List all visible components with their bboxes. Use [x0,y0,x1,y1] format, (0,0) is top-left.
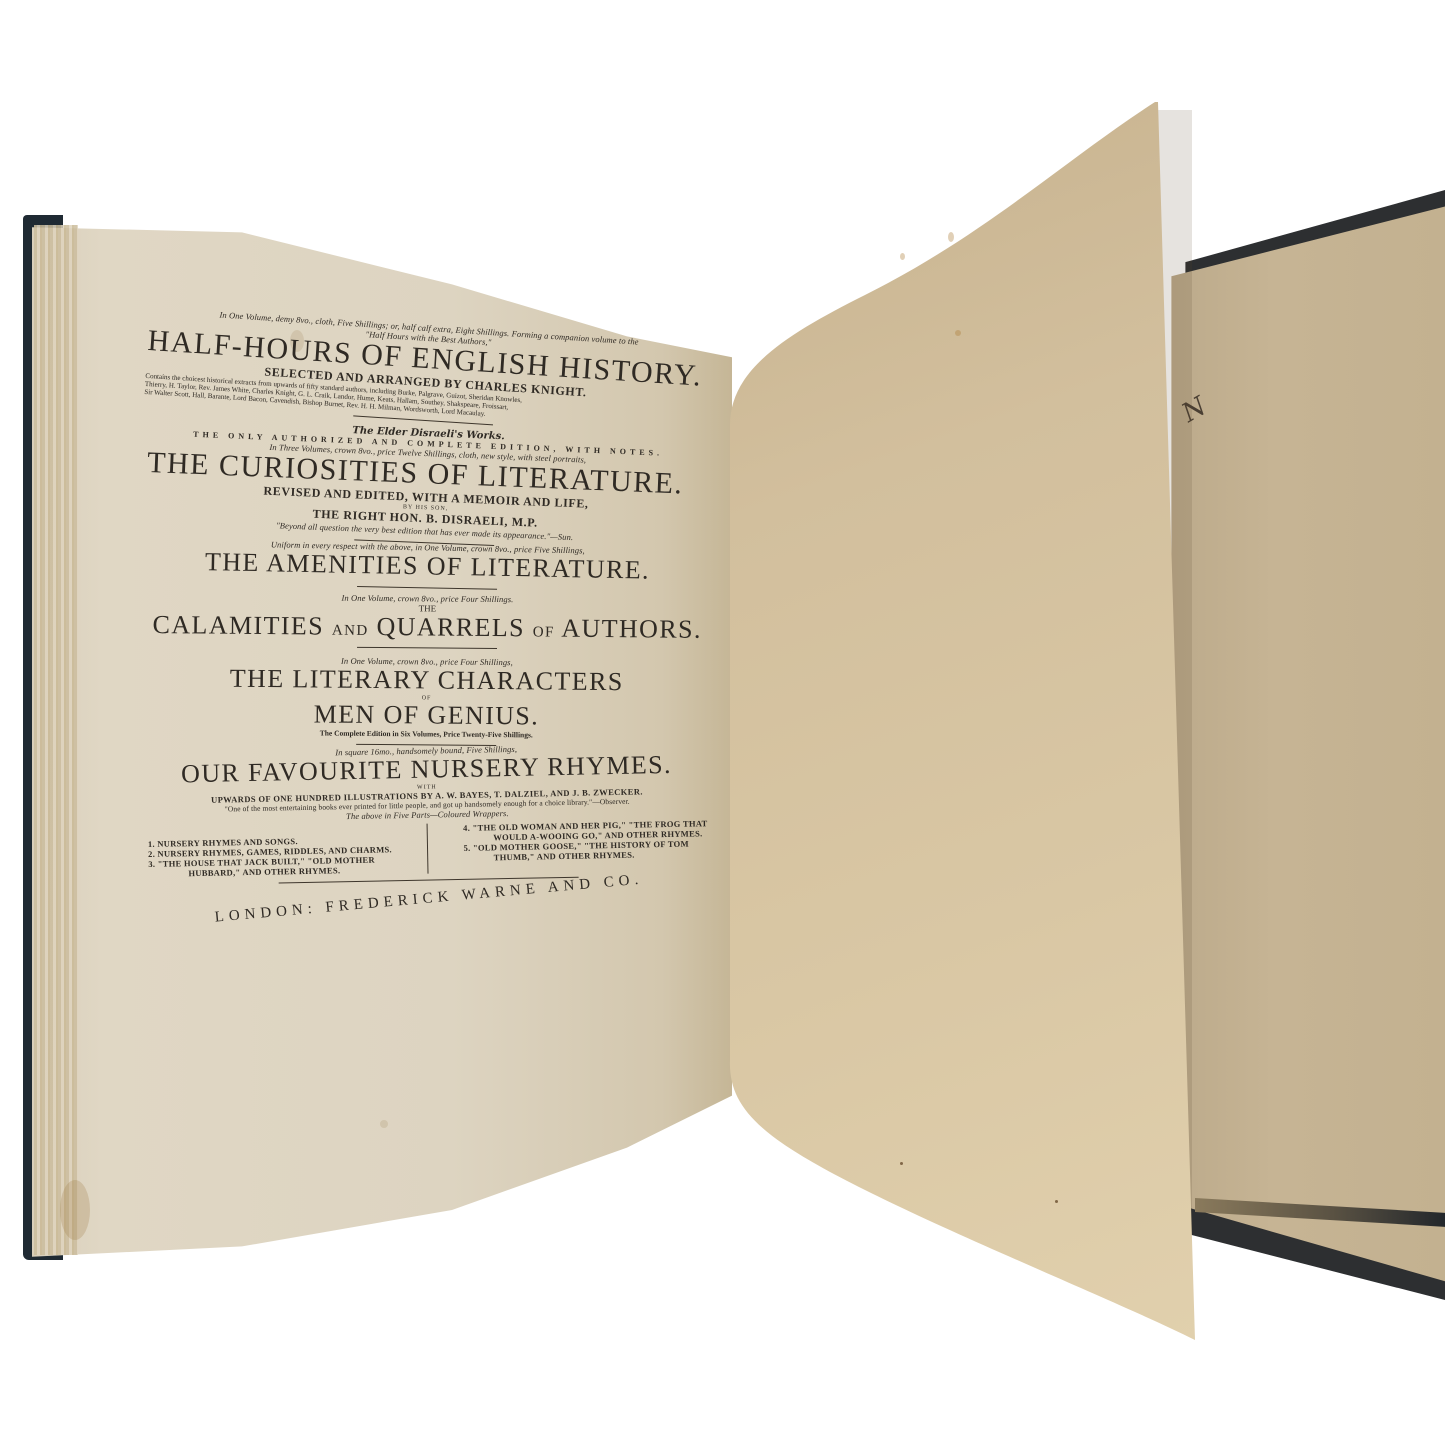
printed-text-block: In One Volume, demy 8vo., cloth, Five Sh… [145,305,710,918]
title-word: CALAMITIES [152,610,324,640]
foxing-stain [60,1180,90,1240]
book-photo: N In One Volume, demy 8vo., cloth, Five … [0,0,1445,1445]
parts-list-right: 4. "THE OLD WOMAN AND HER PIG," "THE FRO… [463,818,708,873]
blank-flyleaf [725,100,1200,1345]
divider-rule [357,647,497,649]
foxing-stain [380,1120,388,1128]
foxing-spot [900,253,905,260]
parts-list-left: 1. NURSERY RHYMES AND SONGS. 2. NURSERY … [148,824,393,879]
title-word: OF [533,624,555,640]
parts-column-divider [427,824,429,874]
ad-literary-characters: In One Volume, crown 8vo., price Four Sh… [146,654,707,748]
parts-list: 1. NURSERY RHYMES AND SONGS. 2. NURSERY … [148,818,709,879]
divider-rule [357,586,497,590]
title-word: AND [332,622,369,638]
title-word: AUTHORS. [561,613,702,643]
back-pastedown [1160,200,1445,1290]
ad-nursery-rhymes: In square 16mo., handsomely bound, Five … [146,741,709,913]
page-edges [34,225,78,1255]
book-title: THE LITERARY CHARACTERS [147,664,707,697]
ad-curiosities: The Elder Disraeli's Works. THE ONLY AUT… [144,416,708,553]
foxing-spot [948,232,954,242]
book-title: CALAMITIES AND QUARRELS OF AUTHORS. [147,611,707,644]
ad-half-hours: In One Volume, demy 8vo., cloth, Five Sh… [144,305,709,438]
title-word: QUARRELS [376,612,525,642]
foxing-spot [955,330,961,336]
ad-calamities: In One Volume, crown 8vo., price Four Sh… [147,591,707,651]
foxing-spot [900,1162,903,1165]
foxing-spot [1055,1200,1058,1203]
ad-amenities: Uniform in every respect with the above,… [147,537,708,593]
